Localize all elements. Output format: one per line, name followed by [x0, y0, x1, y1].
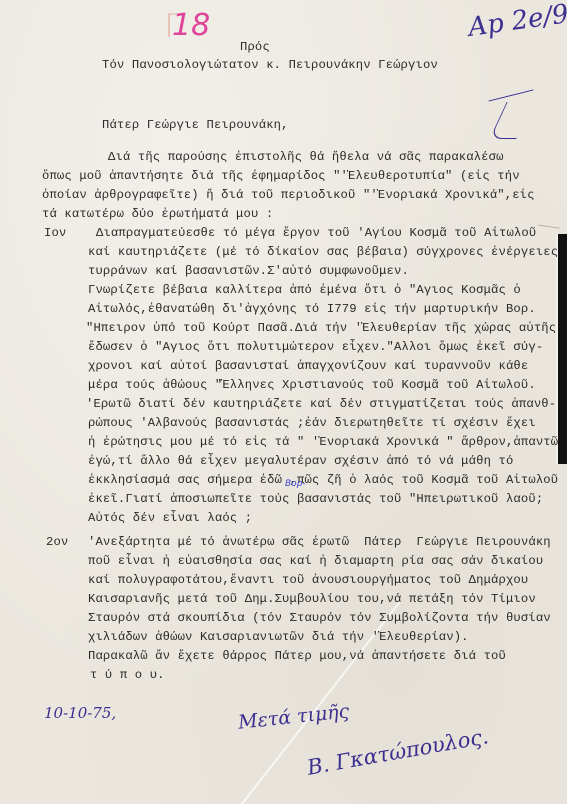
question-line: μέρα τούς ἀθώους "Ἔλληνες Χριστιανούς το…: [88, 378, 536, 392]
question-line: Σταυρόν στά σκουπίδια (τόν Σταυρόν τόν Σ…: [88, 611, 551, 625]
question-line: ποῦ εἶναι ἡ εὐαισθησία σας καί ἡ διαμαρτ…: [88, 554, 543, 568]
corner-initials: Ap 2e/9: [466, 0, 567, 43]
letter-page: 18 Ap 2e/9 Πρός Τόν Πανοσιολογιώτατον κ.…: [0, 0, 567, 804]
intro-line: ὁποίαν ἀρθρογραφεῖτε) ἤ διά τοῦ περιοδικ…: [42, 188, 535, 202]
question-line: χιλιάδων ἀθώων Καισαριανιωτῶν διά τήν 'Ἐ…: [88, 630, 469, 644]
question-line: 'Ερωτῶ διατί δέν καυτηριάζετε καί δέν στ…: [86, 397, 556, 411]
question-line: καί πολυγραφοτάτου,ἔναντι τοῦ ἀνουσιουργ…: [88, 573, 528, 587]
question-line: ἐκκλησίασμά σας σήμερα ἐδῶ ,πῶς ζῆ ὁ λαό…: [88, 473, 558, 487]
question-line: ἐγώ,τί ἄλλο θά εἶχεν μεγαλυτέραν σχέσιν …: [88, 454, 513, 468]
question-line: ἔδωσεν ὁ "Αγιος ὅτι πολυτιμώτερον εἶχεν.…: [88, 340, 543, 354]
question-line: "Ηπειρον ὑπό τοῦ Κούρτ Πασᾶ.Διά τήν 'Ἐλε…: [86, 321, 556, 335]
heading-line1: Πρός: [240, 40, 270, 54]
handwritten-closing: Μετά τιμῆς: [237, 700, 350, 734]
intro-line: τά κατωτέρω δύο ἐρωτήματά μου :: [42, 207, 273, 221]
question-line: τ ύ π ο υ.: [90, 668, 165, 682]
question-line: ρώπους 'Αλβανούς βασανιστάς ;ἐάν διερωτη…: [88, 416, 536, 430]
intro-line: ὅπως μοῦ ἀπαντήσητε διά τῆς ἐφημαρίδος "…: [42, 169, 520, 183]
handwritten-insertion: Βορ-: [285, 479, 306, 489]
question-label: 2ον: [46, 535, 68, 549]
question-line: τυρράνων καί βασανιστῶν.Σ'αὐτό συμφωνοῦμ…: [88, 264, 409, 278]
corner-mark-curve: [489, 102, 533, 139]
question-label: Ιον: [44, 226, 66, 240]
question-line: ἐκεῖ.Γιατί ἀποσιωπεῖτε τούς βασανιστάς τ…: [88, 492, 543, 506]
question-line: Διαπραγματεύεσθε τό μέγα ἔργον τοῦ 'Αγίο…: [96, 226, 536, 240]
archive-number: 18: [172, 8, 210, 43]
corner-mark-stroke: [489, 89, 534, 101]
question-line: Αἰτωλός,ἐθανατώθη δι'ἀγχόνης τό Ι779 εἰς…: [88, 302, 536, 316]
salutation: Πάτερ Γεώργιε Πειρουνάκη,: [102, 118, 289, 132]
question-line: χρονοι καί αὐτοί βασανισταί ἀπαγχονίζουν…: [88, 359, 528, 373]
torn-paper-edge: [556, 234, 567, 464]
question-line: καί καυτηριάζετε (μέ τό δίκαίον σας βέβα…: [88, 245, 558, 259]
question-line: Γνωρίζετε βέβαια καλλίτερα ἀπό ἐμένα ὅτι…: [88, 283, 521, 297]
heading-line2: Τόν Πανοσιολογιώτατον κ. Πειρουνάκην Γεώ…: [102, 58, 438, 72]
question-line: ἡ ἐρώτησις μου μέ τό εἰς τά " 'Ἐνοριακά …: [88, 435, 558, 449]
question-line: Καισαριανῆς μετά τοῦ Δημ.Συμβουλίου του,…: [88, 592, 536, 606]
handwritten-signature: Β. Γκατώπουλος.: [305, 724, 490, 780]
question-line: 'Ανεξάρτητα μέ τό ἀνωτέρω σᾶς ἐρωτῶ Πάτε…: [88, 535, 551, 549]
question-line: Αὐτός δέν εἶναι λαός ;: [88, 511, 252, 525]
question-line: Παρακαλῶ ἄν ἔχετε θάρρος Πάτερ μου,νά ἀπ…: [88, 649, 506, 663]
intro-line: Διά τῆς παρούσης ἐπιστολῆς θά ἤθελα νά σ…: [108, 150, 504, 164]
handwritten-date: 10-10-75,: [44, 704, 116, 722]
